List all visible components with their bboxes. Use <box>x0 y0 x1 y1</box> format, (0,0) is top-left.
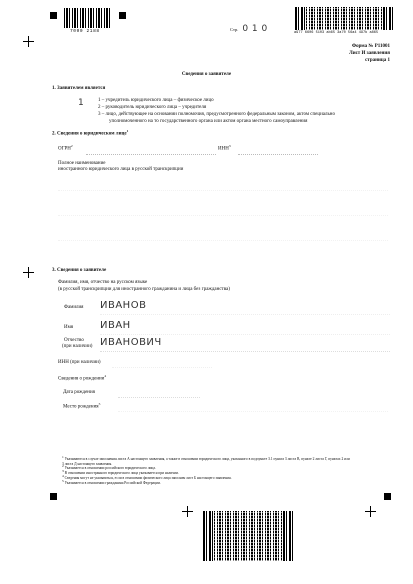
section2-heading: 2. Сведения о юридическом лице1 <box>52 131 128 138</box>
inn-person-field[interactable] <box>112 367 212 368</box>
fullname-field-line2[interactable] <box>58 215 388 216</box>
surname-label: Фамилия <box>64 305 83 312</box>
2d-matrix-barcode <box>295 7 393 30</box>
footnote-5: 5 Указывается в отношении гражданина Рос… <box>62 481 350 486</box>
matrix-code-text: a977 6606 5103 ab65 3a70 56a4 497b a865 <box>294 31 378 35</box>
sheet-name: Лист И заявления <box>349 51 390 58</box>
alignment-marker-top-left <box>50 12 57 19</box>
applicant-type-option-3-cont: уполномоченного на то государственного о… <box>109 119 307 126</box>
page-title: Сведения о заявителе <box>0 72 413 79</box>
patronymic-value[interactable]: ИВАНОВИЧ <box>100 337 162 348</box>
inn-label: ИНН3 <box>218 146 231 153</box>
registration-cross-icon <box>365 506 376 517</box>
form-name: Форма № Р11001 <box>352 44 390 51</box>
registration-cross-icon <box>182 506 193 517</box>
registration-cross-icon <box>23 36 34 47</box>
ogrn-field[interactable] <box>86 154 216 155</box>
applicant-type-option-2: 2 – руководитель юридического лица – учр… <box>98 105 206 112</box>
birth-date-label: Дата рождения <box>63 390 95 397</box>
fullname-field-line3[interactable] <box>58 240 388 241</box>
sheet-page: страница 1 <box>365 58 390 65</box>
footnote-1: 1 Указываются в случае заполнения листа … <box>62 457 350 466</box>
name-value[interactable]: ИВАН <box>100 320 131 331</box>
registration-cross-icon <box>23 267 34 278</box>
fio-label-1: Фамилия, имя, отчество на русском языке <box>58 280 147 287</box>
fullname-label-2: иностранного юридического лица в русской… <box>58 167 183 174</box>
page-label: Стр. <box>230 27 238 32</box>
fullname-field[interactable] <box>58 190 388 191</box>
2d-matrix-barcode-bottom <box>203 511 293 561</box>
footnotes: 1 Указываются в случае заполнения листа … <box>62 457 350 486</box>
birth-place-field[interactable] <box>118 411 388 412</box>
name-label: Имя <box>64 325 73 332</box>
surname-field[interactable] <box>100 314 390 315</box>
applicant-type-option-1: 1 – учредитель юридического лица – физич… <box>98 98 214 105</box>
patronymic-label-2: (при наличии) <box>62 344 92 351</box>
inn-field[interactable] <box>238 154 318 155</box>
birth-heading: Сведения о рождении4 <box>58 376 106 383</box>
surname-value[interactable]: ИВАНОВ <box>100 300 146 311</box>
applicant-type-option-3: 3 – лицо, действующее на основании полно… <box>98 112 335 119</box>
fio-label-2: (в русской транскрипции для иностранного… <box>58 287 230 294</box>
linear-barcode <box>64 8 110 28</box>
patronymic-field[interactable] <box>100 351 390 352</box>
ogrn-label: ОГРН2 <box>58 146 73 153</box>
page-number: 0 1 0 <box>242 24 267 34</box>
alignment-marker-bottom-right <box>384 493 391 500</box>
section3-heading: 3. Сведения о заявителе <box>52 268 106 275</box>
barcode-number: 7000 2188 <box>70 29 100 34</box>
applicant-type-value[interactable]: 1 <box>78 98 84 108</box>
alignment-marker-top-right <box>119 12 126 19</box>
page-number-field: Стр. 0 1 0 <box>230 24 268 34</box>
birth-place-label: Место рождения5 <box>63 404 100 411</box>
name-field[interactable] <box>100 334 390 335</box>
section1-heading: 1. Заявителем является <box>52 86 105 93</box>
inn-person-label: ИНН (при наличии) <box>58 360 101 367</box>
alignment-marker-bottom-left <box>50 493 57 500</box>
birth-date-field[interactable] <box>118 397 200 398</box>
